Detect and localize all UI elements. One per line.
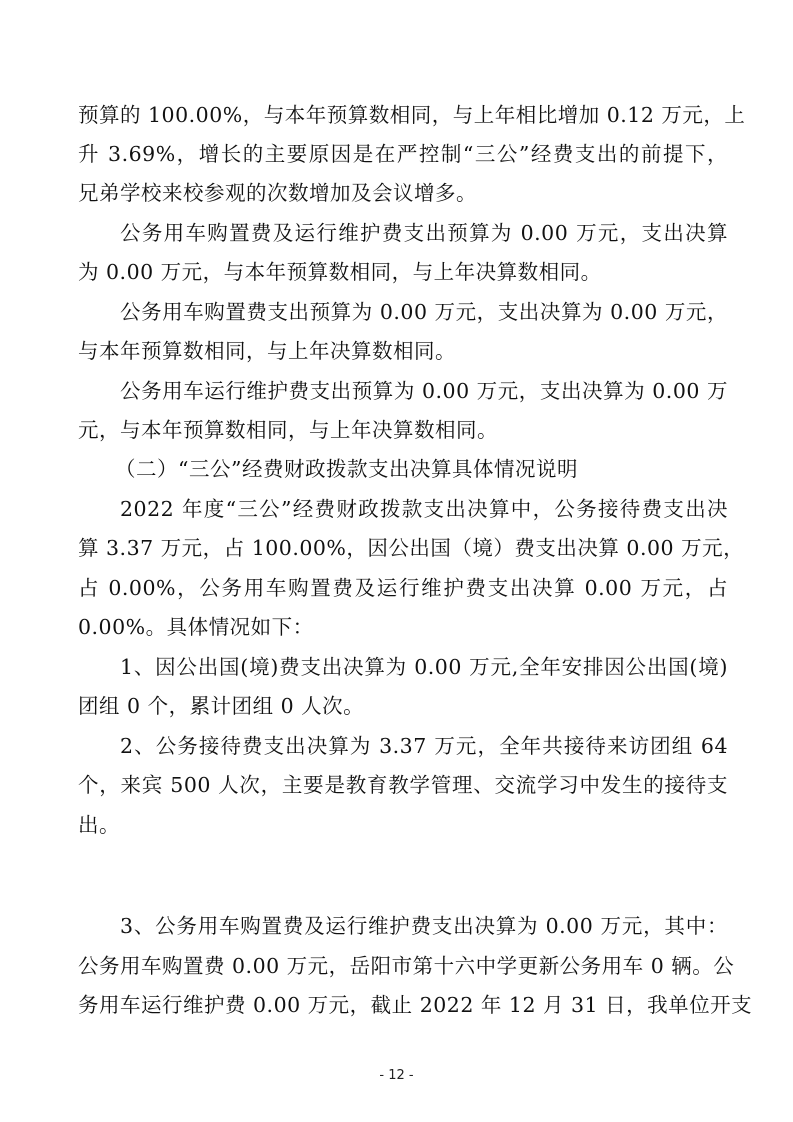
text-line: 3、公务用车购置费及运行维护费支出决算为 0.00 万元，其中： bbox=[120, 912, 728, 940]
text-line: 与本年预算数相同，与上年决算数相同。 bbox=[78, 337, 728, 365]
text-line: 1、因公出国(境)费支出决算为 0.00 万元,全年安排因公出国(境) bbox=[120, 653, 728, 681]
text-line: 公务用车购置费支出预算为 0.00 万元，支出决算为 0.00 万元， bbox=[120, 298, 728, 326]
text-line: 预算的 100.00%，与本年预算数相同，与上年相比增加 0.12 万元，上 bbox=[78, 101, 728, 129]
text-line: 0.00%。具体情况如下： bbox=[78, 613, 728, 641]
text-line: 升 3.69%，增长的主要原因是在严控制“三公”经费支出的前提下， bbox=[78, 140, 728, 168]
section-heading: （二）“三公”经费财政拨款支出决算具体情况说明 bbox=[115, 455, 765, 483]
text-line: 元，与本年预算数相同，与上年决算数相同。 bbox=[78, 416, 728, 444]
text-line: 公务用车运行维护费支出预算为 0.00 万元，支出决算为 0.00 万 bbox=[120, 377, 728, 405]
page-number: - 12 - bbox=[0, 1068, 793, 1083]
text-line: 个，来宾 500 人次，主要是教育教学管理、交流学习中发生的接待支 bbox=[78, 771, 728, 799]
document-page: 预算的 100.00%，与本年预算数相同，与上年相比增加 0.12 万元，上 升… bbox=[0, 0, 793, 1122]
text-line: 算 3.37 万元，占 100.00%，因公出国（境）费支出决算 0.00 万元… bbox=[78, 534, 728, 562]
text-line: 2、公务接待费支出决算为 3.37 万元，全年共接待来访团组 64 bbox=[120, 732, 728, 760]
text-line: 占 0.00%，公务用车购置费及运行维护费支出决算 0.00 万元，占 bbox=[78, 574, 728, 602]
text-line: 务用车运行维护费 0.00 万元，截止 2022 年 12 月 31 日，我单位… bbox=[78, 991, 728, 1019]
text-line: 公务用车购置费 0.00 万元，岳阳市第十六中学更新公务用车 0 辆。公 bbox=[78, 952, 728, 980]
text-line: 2022 年度“三公”经费财政拨款支出决算中，公务接待费支出决 bbox=[120, 495, 728, 523]
text-line: 出。 bbox=[78, 811, 728, 839]
text-line: 公务用车购置费及运行维护费支出预算为 0.00 万元，支出决算 bbox=[120, 219, 728, 247]
text-line: 团组 0 个，累计团组 0 人次。 bbox=[78, 692, 728, 720]
text-line: 兄弟学校来校参观的次数增加及会议增多。 bbox=[78, 179, 728, 207]
text-line: 为 0.00 万元，与本年预算数相同，与上年决算数相同。 bbox=[78, 258, 728, 286]
